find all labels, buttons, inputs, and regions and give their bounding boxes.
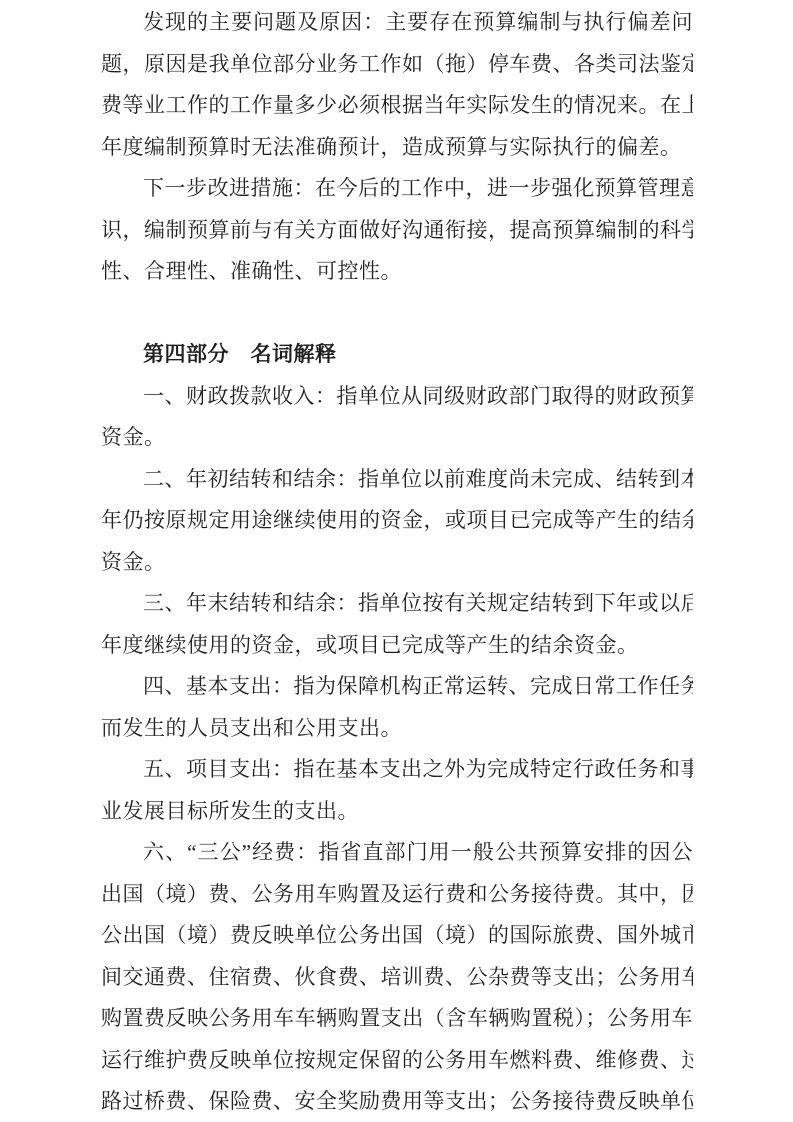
def-beginning-of-year-carryover-line-3: 资金。 — [101, 542, 693, 584]
def-year-end-carryover-line-1: 三、年末结转和结余：指单位按有关规定结转到下年或以后 — [101, 583, 693, 625]
def-three-public-funds-line-2: 出国（境）费、公务用车购置及运行费和公务接待费。其中，因 — [101, 874, 693, 916]
blank-line — [101, 293, 693, 335]
def-three-public-funds-line-3: 公出国（境）费反映单位公务出国（境）的国际旅费、国外城市 — [101, 915, 693, 957]
def-beginning-of-year-carryover-line-1: 二、年初结转和结余：指单位以前难度尚未完成、结转到本 — [101, 459, 693, 501]
def-three-public-funds-line-1: 六、“三公”经费：指省直部门用一般公共预算安排的因公 — [101, 832, 693, 874]
heading-part-four: 第四部分 名词解释 — [101, 334, 693, 376]
def-three-public-funds-line-4: 间交通费、住宿费、伙食费、培训费、公杂费等支出；公务用车 — [101, 957, 693, 999]
para-improvement-measures-line-1: 下一步改进措施：在今后的工作中，进一步强化预算管理意 — [101, 168, 693, 210]
def-three-public-funds-line-7: 路过桥费、保险费、安全奖励费用等支出；公务接待费反映单位 — [101, 1081, 693, 1122]
para-main-problems-line-3: 费等业工作的工作量多少必须根据当年实际发生的情况来。在上 — [101, 85, 693, 127]
def-fiscal-appropriation-income-line-1: 一、财政拨款收入：指单位从同级财政部门取得的财政预算 — [101, 376, 693, 418]
document-content: 发现的主要问题及原因：主要存在预算编制与执行偏差问题，原因是我单位部分业务工作如… — [101, 2, 693, 1122]
def-project-expenditure-line-2: 业发展目标所发生的支出。 — [101, 791, 693, 833]
def-project-expenditure-line-1: 五、项目支出：指在基本支出之外为完成特定行政任务和事 — [101, 749, 693, 791]
para-main-problems-line-2: 题，原因是我单位部分业务工作如（拖）停车费、各类司法鉴定 — [101, 44, 693, 86]
def-year-end-carryover-line-2: 年度继续使用的资金，或项目已完成等产生的结余资金。 — [101, 625, 693, 667]
def-three-public-funds-line-5: 购置费反映公务用车车辆购置支出（含车辆购置税）；公务用车 — [101, 998, 693, 1040]
def-basic-expenditure-line-2: 而发生的人员支出和公用支出。 — [101, 708, 693, 750]
para-improvement-measures-line-3: 性、合理性、准确性、可控性。 — [101, 251, 693, 293]
def-basic-expenditure-line-1: 四、基本支出：指为保障机构正常运转、完成日常工作任务 — [101, 666, 693, 708]
def-beginning-of-year-carryover-line-2: 年仍按原规定用途继续使用的资金，或项目已完成等产生的结余 — [101, 500, 693, 542]
para-main-problems-line-1: 发现的主要问题及原因：主要存在预算编制与执行偏差问 — [101, 2, 693, 44]
document-page: 发现的主要问题及原因：主要存在预算编制与执行偏差问题，原因是我单位部分业务工作如… — [0, 0, 793, 1122]
para-improvement-measures-line-2: 识，编制预算前与有关方面做好沟通衔接，提高预算编制的科学 — [101, 210, 693, 252]
para-main-problems-line-4: 年度编制预算时无法准确预计，造成预算与实际执行的偏差。 — [101, 127, 693, 169]
def-three-public-funds-line-6: 运行维护费反映单位按规定保留的公务用车燃料费、维修费、过 — [101, 1040, 693, 1082]
def-fiscal-appropriation-income-line-2: 资金。 — [101, 417, 693, 459]
